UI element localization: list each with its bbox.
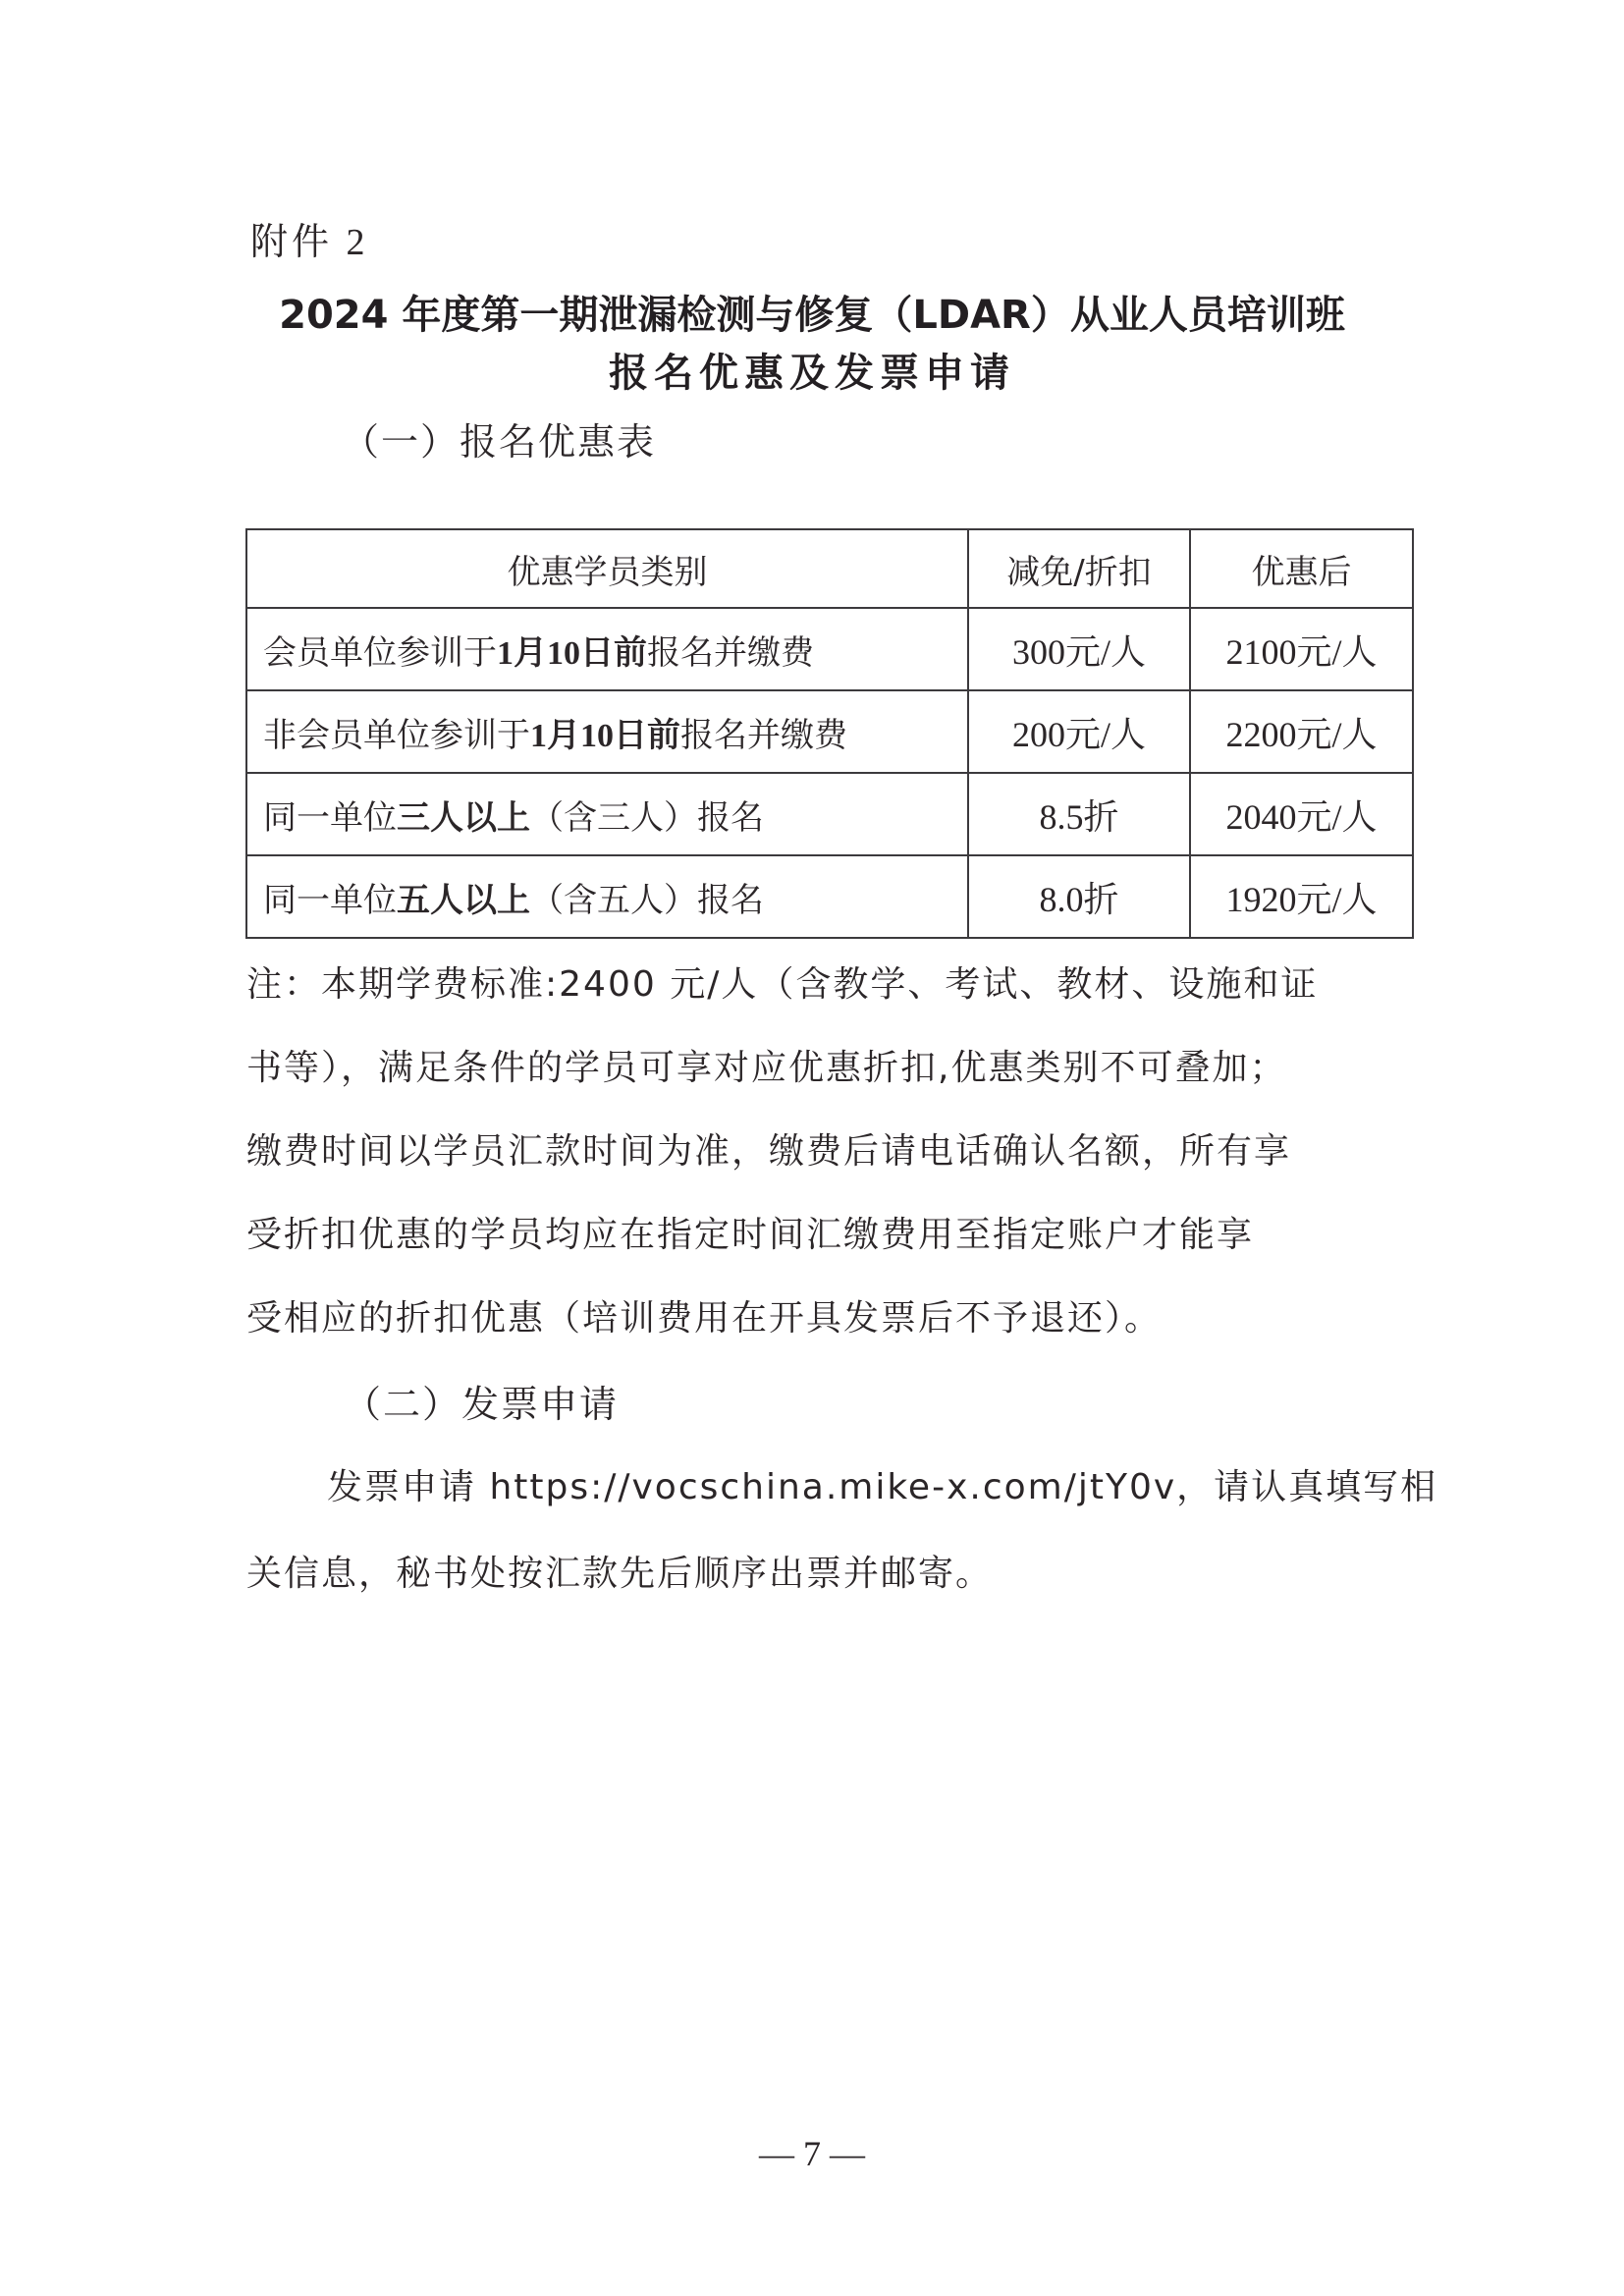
discount-table: 优惠学员类别 减免/折扣 优惠后 会员单位参训于1月10日前报名并缴费 300元… — [245, 528, 1414, 939]
category-emphasis: 1月10日前 — [530, 718, 680, 754]
category-emphasis: 1月10日前 — [497, 635, 647, 672]
category-cell: 同一单位三人以上（含三人）报名 — [246, 773, 968, 855]
category-text: 同一单位 — [263, 798, 397, 838]
discount-cell: 300元/人 — [968, 608, 1190, 690]
table-row: 同一单位三人以上（含三人）报名 8.5折 2040元/人 — [246, 773, 1413, 855]
after-discount-cell: 2040元/人 — [1190, 773, 1413, 855]
invoice-paragraph-line: 发票申请 https://vocschina.mike-x.com/jtY0v，… — [327, 1463, 1437, 1512]
category-text: （含五人）报名 — [530, 881, 764, 920]
category-emphasis: 三人以上 — [397, 798, 530, 838]
table-header-row: 优惠学员类别 减免/折扣 优惠后 — [246, 529, 1413, 608]
discount-cell: 8.0折 — [968, 855, 1190, 938]
table-row: 非会员单位参训于1月10日前报名并缴费 200元/人 2200元/人 — [246, 690, 1413, 773]
category-text: 报名并缴费 — [647, 633, 814, 673]
column-header-after-discount: 优惠后 — [1190, 529, 1413, 608]
table-row: 同一单位五人以上（含五人）报名 8.0折 1920元/人 — [246, 855, 1413, 938]
category-text: （含三人）报名 — [530, 798, 764, 838]
category-cell: 非会员单位参训于1月10日前报名并缴费 — [246, 690, 968, 773]
category-text: 会员单位参训于 — [263, 633, 497, 673]
after-discount-cell: 1920元/人 — [1190, 855, 1413, 938]
note-line: 书等），满足条件的学员可享对应优惠折扣,优惠类别不可叠加； — [246, 1044, 1286, 1093]
column-header-category: 优惠学员类别 — [246, 529, 968, 608]
document-title-line-1: 2024 年度第一期泄漏检测与修复（LDAR）从业人员培训班 — [0, 291, 1624, 340]
document-title-line-2: 报名优惠及发票申请 — [0, 349, 1624, 398]
category-cell: 会员单位参训于1月10日前报名并缴费 — [246, 608, 968, 690]
category-text: 同一单位 — [263, 881, 397, 920]
category-emphasis: 五人以上 — [397, 881, 530, 920]
attachment-label: 附件 2 — [250, 218, 369, 267]
category-cell: 同一单位五人以上（含五人）报名 — [246, 855, 968, 938]
section-heading-discount-table: （一）报名优惠表 — [342, 417, 656, 466]
table-row: 会员单位参训于1月10日前报名并缴费 300元/人 2100元/人 — [246, 608, 1413, 690]
invoice-paragraph-line: 关信息，秘书处按汇款先后顺序出票并邮寄。 — [246, 1550, 993, 1599]
discount-cell: 8.5折 — [968, 773, 1190, 855]
page-number: — 7 — — [0, 2131, 1624, 2176]
category-text: 非会员单位参训于 — [263, 716, 530, 755]
column-header-discount: 减免/折扣 — [968, 529, 1190, 608]
after-discount-cell: 2200元/人 — [1190, 690, 1413, 773]
note-line: 受折扣优惠的学员均应在指定时间汇缴费用至指定账户才能享 — [246, 1211, 1254, 1260]
note-line: 受相应的折扣优惠（培训费用在开具发票后不予退还）。 — [246, 1294, 1162, 1343]
after-discount-cell: 2100元/人 — [1190, 608, 1413, 690]
discount-cell: 200元/人 — [968, 690, 1190, 773]
category-text: 报名并缴费 — [680, 716, 847, 755]
note-line: 注：本期学费标准:2400 元/人（含教学、考试、教材、设施和证 — [246, 960, 1318, 1010]
note-line: 缴费时间以学员汇款时间为准，缴费后请电话确认名额，所有享 — [246, 1127, 1291, 1176]
section-heading-invoice-request: （二）发票申请 — [344, 1380, 619, 1429]
